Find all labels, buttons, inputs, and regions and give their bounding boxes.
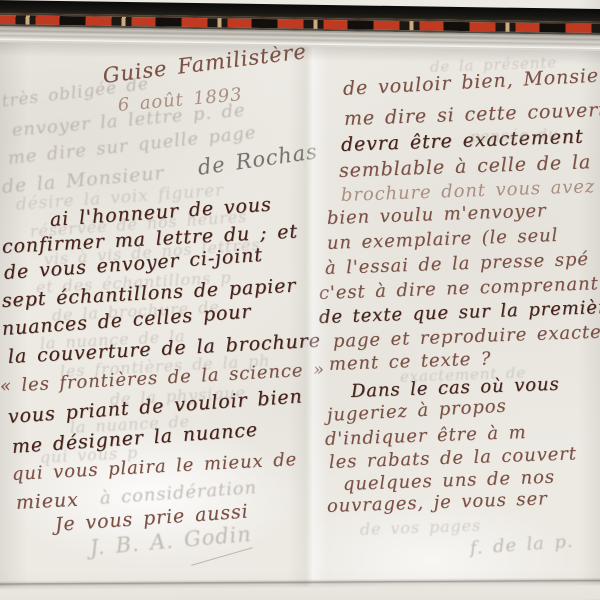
ghost-text-line: de vos pages — [360, 518, 482, 538]
ghost-text-line: exactement de — [400, 366, 527, 385]
ghost-text-line: pensée du — [470, 127, 559, 145]
ghost-text-line: de la présente — [430, 56, 558, 75]
manuscript-scan: Guise Familistère6 août 1893très obligée… — [0, 0, 600, 600]
handwriting-layer: Guise Familistère6 août 1893très obligée… — [0, 0, 600, 600]
handwriting-line: mieux — [16, 491, 80, 513]
